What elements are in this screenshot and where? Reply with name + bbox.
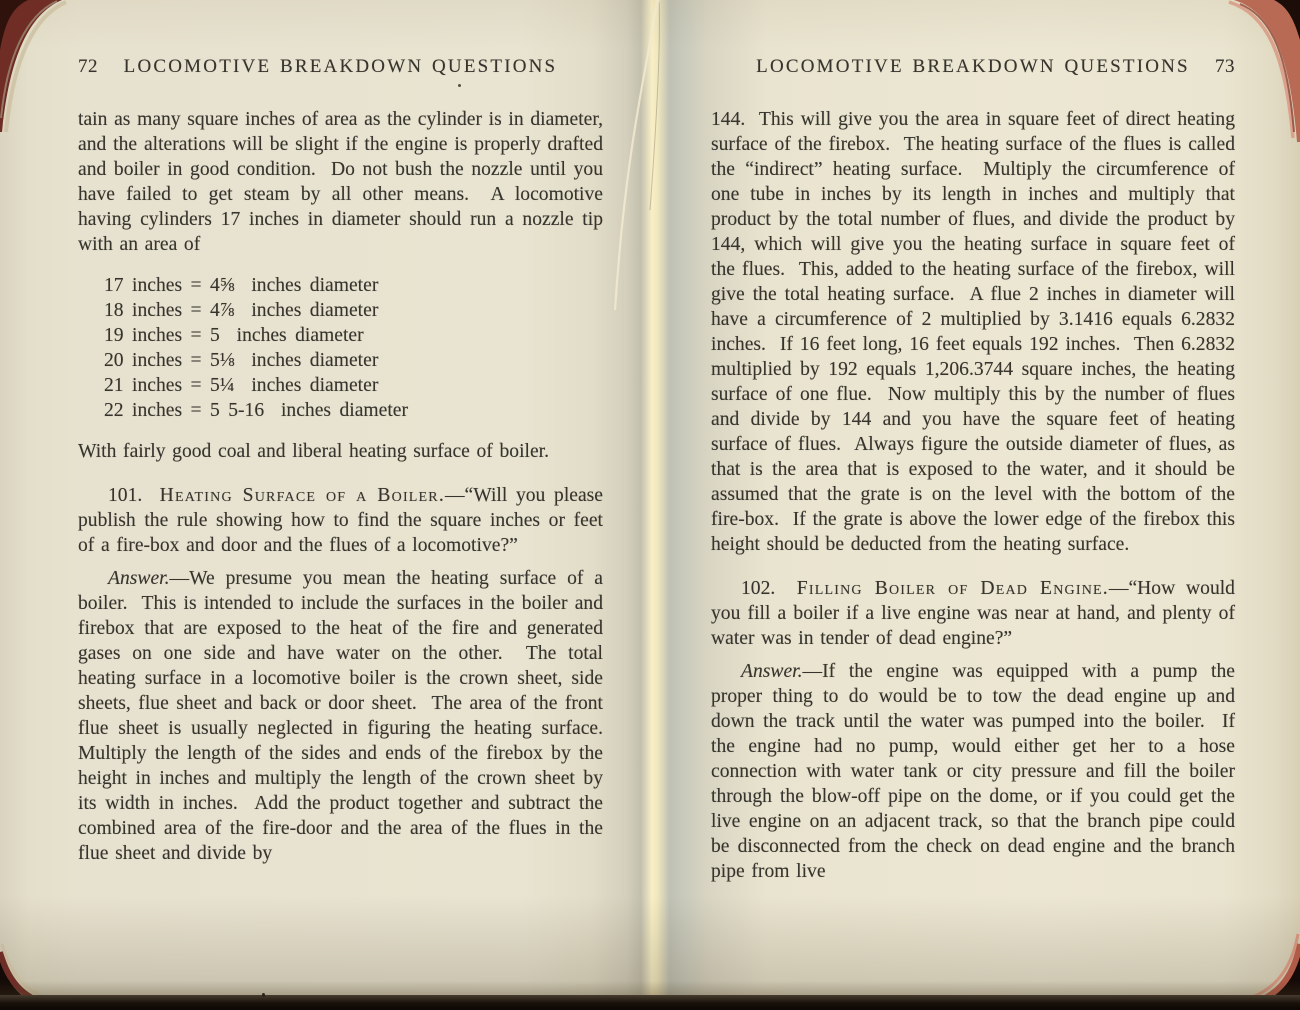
paper-speck [262, 993, 265, 997]
answer-102-text: —If the engine was equipped with a pump … [711, 661, 1242, 882]
answer-101-paragraph: Answer.—We presume you mean the heating … [78, 566, 603, 866]
answer-101-text: —We presume you mean the heating surface… [78, 568, 616, 864]
left-running-title: LOCOMOTIVE BREAKDOWN QUESTIONS [78, 54, 603, 79]
question-101-heading: 101. Heating Surface of a Boiler.—“Will … [78, 483, 603, 558]
nozzle-list-item: 18 inches = 4⅞ inches diameter [104, 298, 603, 323]
question-102-heading: 102. Filling Boiler of Dead Engine.—“How… [711, 576, 1235, 651]
left-page-header: 72 LOCOMOTIVE BREAKDOWN QUESTIONS [78, 54, 603, 80]
page-bottom-shadow [0, 981, 1300, 995]
nozzle-list-item: 20 inches = 5⅛ inches diameter [104, 348, 603, 373]
question-101-number: 101. [108, 485, 160, 506]
right-page: LOCOMOTIVE BREAKDOWN QUESTIONS 73 144. T… [711, 54, 1235, 884]
nozzle-list-item: 17 inches = 4⅝ inches diameter [104, 273, 603, 298]
question-102-title: Filling Boiler of Dead Engine. [797, 578, 1109, 599]
body-paragraph-coal: With fairly good coal and liberal heatin… [78, 439, 603, 464]
answer-101-label: Answer. [108, 568, 170, 589]
question-102-number: 102. [741, 578, 797, 599]
nozzle-list-item: 22 inches = 5 5-16 inches diameter [104, 398, 603, 423]
left-page-number: 72 [78, 54, 98, 79]
answer-102-paragraph: Answer.—If the engine was equipped with … [711, 659, 1235, 884]
body-paragraph-continuation: tain as many square inches of area as th… [78, 107, 603, 257]
right-running-title: LOCOMOTIVE BREAKDOWN QUESTIONS [711, 54, 1235, 79]
right-page-header: LOCOMOTIVE BREAKDOWN QUESTIONS 73 [711, 54, 1235, 80]
nozzle-size-list: 17 inches = 4⅝ inches diameter 18 inches… [104, 273, 603, 423]
right-page-number: 73 [1215, 54, 1235, 79]
body-paragraph-continuation: 144. This will give you the area in squa… [711, 107, 1235, 557]
nozzle-list-item: 21 inches = 5¼ inches diameter [104, 373, 603, 398]
nozzle-list-item: 19 inches = 5 inches diameter [104, 323, 603, 348]
question-101-title: Heating Surface of a Boiler. [160, 485, 445, 506]
left-page: 72 LOCOMOTIVE BREAKDOWN QUESTIONS tain a… [78, 54, 603, 866]
table-edge-band [0, 995, 1300, 1010]
answer-102-label: Answer. [741, 661, 803, 682]
